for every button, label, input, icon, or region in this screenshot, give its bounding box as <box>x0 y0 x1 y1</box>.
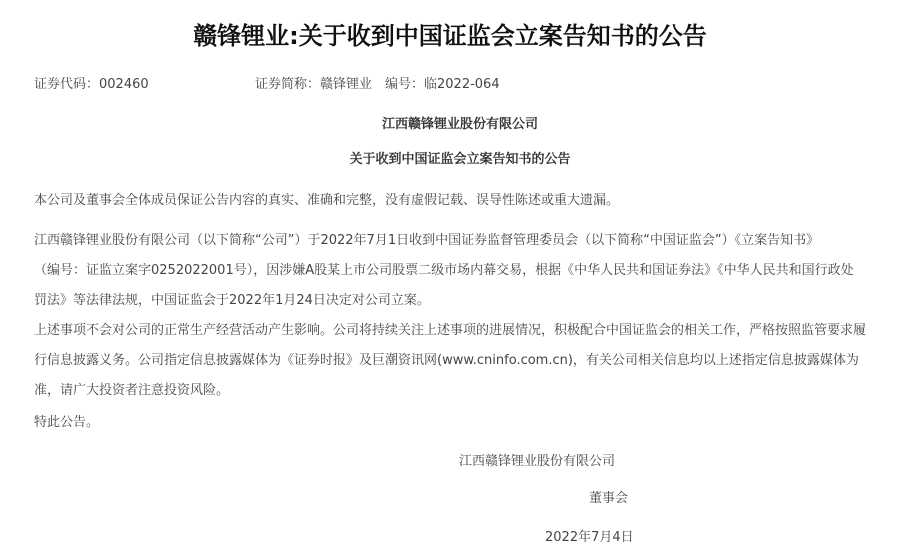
notice-number: 编号：临2022-064 <box>385 76 500 94</box>
paragraph-line: 江西赣锋锂业股份有限公司（以下简称“公司”）于2022年7月1日收到中国证券监督… <box>34 226 874 256</box>
closing-paragraph: 特此公告。 <box>34 408 874 438</box>
paragraph-line: 准，请广大投资者注意投资风险。 <box>34 376 874 406</box>
case-notice-paragraph: 江西赣锋锂业股份有限公司（以下简称“公司”）于2022年7月1日收到中国证券监督… <box>34 226 874 316</box>
paragraph-line: 罚法》等法律法规，中国证监会于2022年1月24日决定对公司立案。 <box>34 286 874 316</box>
disclaimer-paragraph: 本公司及董事会全体成员保证公告内容的真实、准确和完整，没有虚假记载、误导性陈述或… <box>34 186 874 216</box>
impact-paragraph: 上述事项不会对公司的正常生产经营活动产生影响。公司将持续关注上述事项的进展情况，… <box>34 316 874 406</box>
paragraph-line: （编号：证监立案字0252022001号），因涉嫌A股某上市公司股票二级市场内幕… <box>34 256 874 286</box>
signature-company: 江西赣锋锂业股份有限公司 <box>459 453 615 471</box>
signature-board: 董事会 <box>589 490 628 508</box>
page-title: 赣锋锂业:关于收到中国证监会立案告知书的公告 <box>0 20 900 52</box>
paragraph-line: 本公司及董事会全体成员保证公告内容的真实、准确和完整，没有虚假记载、误导性陈述或… <box>34 186 874 216</box>
paragraph-line: 上述事项不会对公司的正常生产经营活动产生影响。公司将持续关注上述事项的进展情况，… <box>34 316 874 346</box>
stock-short-name: 证券简称：赣锋锂业 <box>255 76 372 94</box>
stock-code: 证券代码：002460 <box>34 76 149 94</box>
signature-date: 2022年7月4日 <box>545 529 634 547</box>
paragraph-line: 特此公告。 <box>34 408 874 438</box>
paragraph-line: 行信息披露义务。公司指定信息披露媒体为《证券时报》及巨潮资讯网(www.cnin… <box>34 346 874 376</box>
announcement-subheading: 关于收到中国证监会立案告知书的公告 <box>0 151 900 169</box>
company-heading: 江西赣锋锂业股份有限公司 <box>0 116 900 134</box>
